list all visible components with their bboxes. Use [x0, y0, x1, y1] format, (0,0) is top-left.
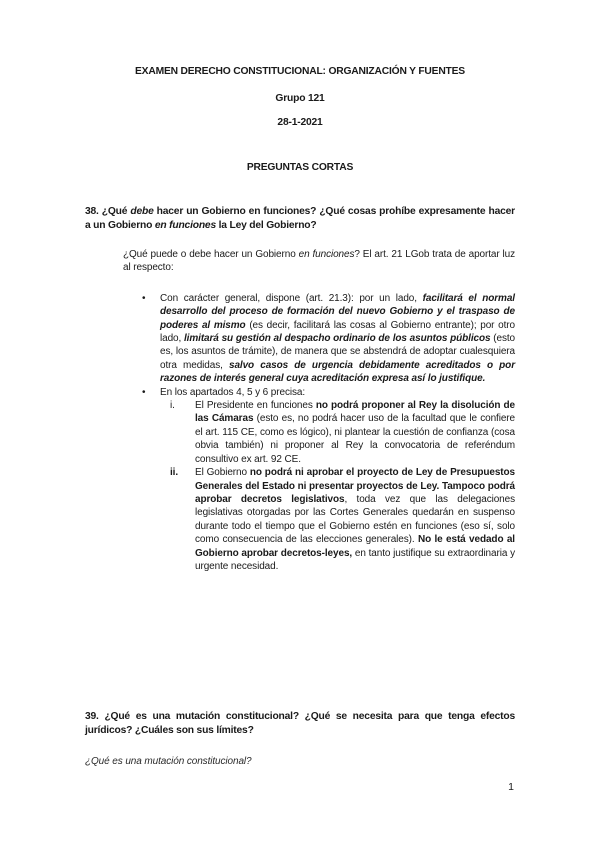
bullet-icon: •: [142, 386, 160, 574]
question-39-subline: ¿Qué es una mutación constitucional?: [85, 755, 515, 768]
question-38-section: 38. ¿Qué debe hacer un Gobierno en funci…: [85, 205, 515, 573]
bullet-1-text: Con carácter general, dispone (art. 21.3…: [160, 292, 515, 386]
exam-group: Grupo 121: [85, 93, 515, 105]
sub-item-i: i. El Presidente en funciones no podrá p…: [160, 399, 515, 466]
question-38-heading: 38. ¿Qué debe hacer un Gobierno en funci…: [85, 205, 515, 232]
question-39-section: 39. ¿Qué es una mutación constitucional?…: [85, 710, 515, 768]
document-page: EXAMEN DERECHO CONSTITUCIONAL: ORGANIZAC…: [0, 0, 599, 848]
bullet-icon: •: [142, 292, 160, 386]
page-number: 1: [508, 781, 514, 793]
document-header: EXAMEN DERECHO CONSTITUCIONAL: ORGANIZAC…: [85, 66, 515, 174]
sub-item-ii: ii. El Gobierno no podrá ni aprobar el p…: [160, 466, 515, 573]
exam-date: 28-1-2021: [85, 117, 515, 129]
sub-item-ii-text: El Gobierno no podrá ni aprobar el proye…: [195, 466, 515, 573]
bullet-item-2: • En los apartados 4, 5 y 6 precisa: i. …: [142, 386, 515, 574]
section-heading: PREGUNTAS CORTAS: [85, 162, 515, 174]
question-38-intro: ¿Qué puede o debe hacer un Gobierno en f…: [123, 248, 515, 275]
bullet-item-1: • Con carácter general, dispone (art. 21…: [142, 292, 515, 386]
sub-item-i-text: El Presidente en funciones no podrá prop…: [195, 399, 515, 466]
exam-title: EXAMEN DERECHO CONSTITUCIONAL: ORGANIZAC…: [85, 66, 515, 78]
bullet-2-text: En los apartados 4, 5 y 6 precisa: i. El…: [160, 386, 515, 574]
bullet-2-lead: En los apartados 4, 5 y 6 precisa:: [160, 386, 515, 399]
question-39-heading: 39. ¿Qué es una mutación constitucional?…: [85, 710, 515, 737]
roman-marker-i: i.: [160, 399, 195, 466]
roman-marker-ii: ii.: [160, 466, 195, 573]
